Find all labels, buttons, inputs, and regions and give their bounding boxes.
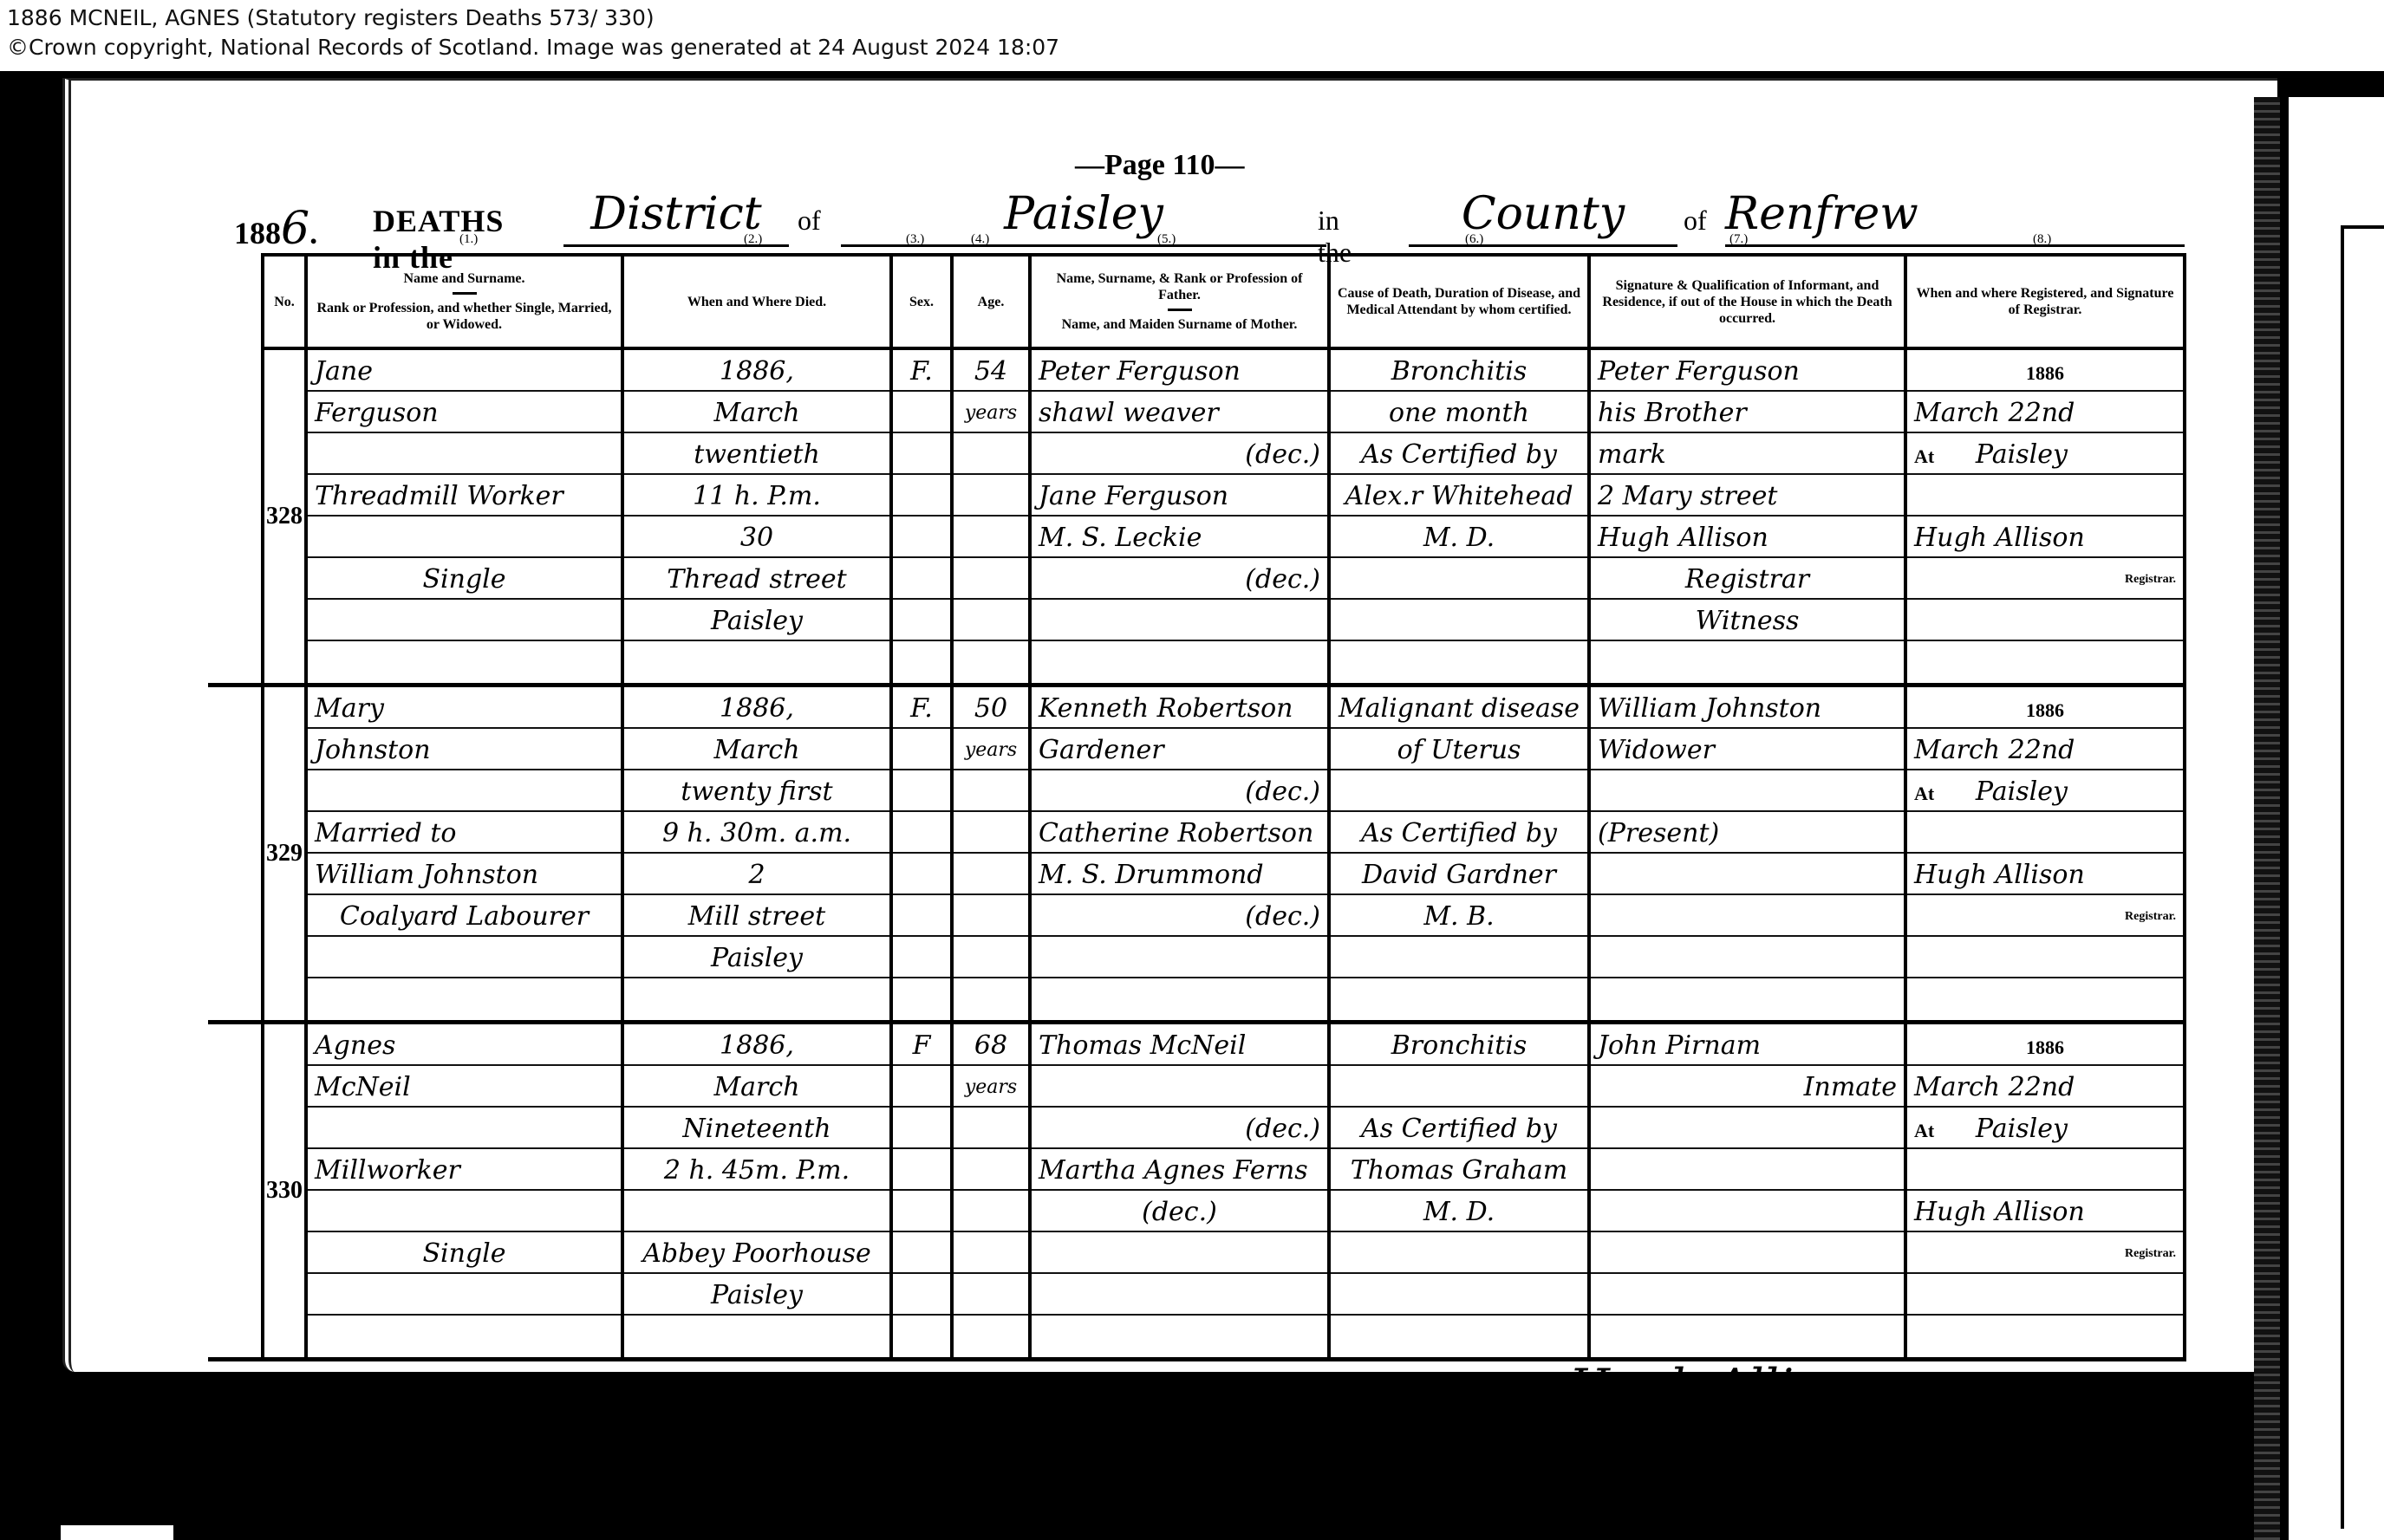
name-cell: JaneFergusonThreadmill WorkerSingle <box>306 348 622 686</box>
cell-line <box>1331 558 1587 600</box>
cell-line: Alex.r Whitehead <box>1331 475 1587 517</box>
cell-line: Inmate <box>1591 1066 1904 1108</box>
cell-line: twentieth <box>624 433 889 475</box>
cell-line <box>1032 978 1327 1020</box>
cell-line: Thread street <box>624 558 889 600</box>
cell-line: Registrar <box>1591 558 1904 600</box>
cell-line: Mary <box>308 687 621 729</box>
cell-line <box>1591 937 1904 978</box>
cell-line: Abbey Poorhouse <box>624 1232 889 1274</box>
informant-cell: Peter Fergusonhis Brothermark2 Mary stre… <box>1589 348 1905 686</box>
cell-line: As Certified by <box>1331 1108 1587 1149</box>
county-word: County <box>1409 184 1677 247</box>
col-header-registered: When and where Registered, and Signature… <box>1905 255 2185 348</box>
cell-line: John Pirnam <box>1591 1024 1904 1066</box>
registered-cell: 1886 March 22nd At Paisley Hugh Allison … <box>1905 686 2185 1023</box>
cell-line <box>308 641 621 683</box>
cell-line: M. B. <box>1331 895 1587 937</box>
cell-line: Johnston <box>308 729 621 770</box>
cell-line: Paisley <box>624 600 889 641</box>
cell-line: twenty first <box>624 770 889 812</box>
cell-line: William Johnston <box>1591 687 1904 729</box>
cell-line: Malignant disease <box>1331 687 1587 729</box>
name-cell: AgnesMcNeilMillworkerSingle <box>306 1023 622 1360</box>
registrar-page-label: Registrar. <box>1985 1390 2074 1416</box>
cell-line <box>308 433 621 475</box>
sex-cell: F. <box>891 348 952 686</box>
cell-line: (Present) <box>1591 812 1904 854</box>
cell-line: Jane <box>308 350 621 392</box>
column-number: (7.) <box>1729 232 1748 247</box>
parents-cell: Kenneth RobertsonGardener(dec.)Catherine… <box>1030 686 1329 1023</box>
age-value: 50 <box>954 687 1028 729</box>
cell-line: Married to <box>308 812 621 854</box>
cell-line: M. S. Leckie <box>1032 517 1327 558</box>
cell-line <box>1591 1149 1904 1191</box>
cell-line: March <box>624 1066 889 1108</box>
column-number: (4.) <box>971 232 989 247</box>
cell-line: As Certified by <box>1331 812 1587 854</box>
cell-line <box>624 978 889 1020</box>
cell-line <box>1591 770 1904 812</box>
cell-line: 9 h. 30m. a.m. <box>624 812 889 854</box>
col-header-parents: Name, Surname, & Rank or Profession of F… <box>1030 255 1329 348</box>
age-unit: years <box>954 392 1028 433</box>
column-number: (8.) <box>2033 232 2051 247</box>
cell-line: Kenneth Robertson <box>1032 687 1327 729</box>
cell-line: Thomas McNeil <box>1032 1024 1327 1066</box>
registered-cell: 1886 March 22nd At Paisley Hugh Allison … <box>1905 1023 2185 1360</box>
registrar-label: Registrar. <box>2125 895 2176 937</box>
cell-line: 11 h. P.m. <box>624 475 889 517</box>
cell-line: Millworker <box>308 1149 621 1191</box>
cell-line <box>1591 854 1904 895</box>
cell-line <box>1032 641 1327 683</box>
entry-number: 328 <box>263 348 306 686</box>
cell-line <box>624 1191 889 1232</box>
entry-number: 330 <box>263 1023 306 1360</box>
sex-value: F. <box>893 687 950 729</box>
registered-place: Paisley <box>1976 439 2068 470</box>
register-entry: 328 JaneFergusonThreadmill WorkerSingle … <box>208 348 2185 686</box>
cell-line <box>1331 600 1587 641</box>
col-header-cause: Cause of Death, Duration of Disease, and… <box>1329 255 1589 348</box>
cell-line: (dec.) <box>1032 895 1327 937</box>
registrar-label: Registrar. <box>2125 1232 2176 1274</box>
when-where-cell: 1886,MarchNineteenth2 h. 45m. P.m.Abbey … <box>622 1023 891 1360</box>
cell-line: 1886, <box>624 687 889 729</box>
cell-line <box>308 1316 621 1357</box>
cell-line: (dec.) <box>1032 770 1327 812</box>
cell-line: Bronchitis <box>1331 1024 1587 1066</box>
parents-cell: Thomas McNeil(dec.)Martha Agnes Ferns(de… <box>1030 1023 1329 1360</box>
registered-year: 1886 <box>2026 699 2064 721</box>
age-cell: 54years <box>952 348 1030 686</box>
when-where-cell: 1886,Marchtwenty first9 h. 30m. a.m.2Mil… <box>622 686 891 1023</box>
col-header-name: Name and Surname.Rank or Profession, and… <box>306 255 622 348</box>
cell-line: 2 Mary street <box>1591 475 1904 517</box>
cell-line <box>1331 1316 1587 1357</box>
registered-date: March 22nd <box>1907 392 2183 433</box>
col-header-when-where: When and Where Died. <box>622 255 891 348</box>
cell-line: (dec.) <box>1032 1108 1327 1149</box>
registered-date: March 22nd <box>1907 1066 2183 1108</box>
register-year: 1886. <box>234 203 317 255</box>
cause-cell: BronchitisAs Certified byThomas GrahamM.… <box>1329 1023 1589 1360</box>
cell-line: his Brother <box>1591 392 1904 433</box>
copyright-caption: ©Crown copyright, National Records of Sc… <box>7 35 1059 60</box>
cell-line <box>308 600 621 641</box>
cell-line <box>1032 937 1327 978</box>
cell-line: M. D. <box>1331 1191 1587 1232</box>
col-header-sex: Sex. <box>891 255 952 348</box>
cell-line <box>1591 1191 1904 1232</box>
cell-line: Single <box>308 558 621 600</box>
cell-line <box>624 1316 889 1357</box>
cell-line: (dec.) <box>1032 1191 1327 1232</box>
cell-line: (dec.) <box>1032 433 1327 475</box>
age-unit: years <box>954 729 1028 770</box>
at-label: At <box>1914 783 1934 804</box>
age-cell: 50years <box>952 686 1030 1023</box>
cell-line <box>308 770 621 812</box>
register-entry: 329 MaryJohnstonMarried toWilliam Johnst… <box>208 686 2185 1023</box>
registrar-signature: Hugh Allison <box>1907 854 2183 895</box>
cell-line: Bronchitis <box>1331 350 1587 392</box>
cell-line <box>308 1191 621 1232</box>
cell-line: M. D. <box>1331 517 1587 558</box>
cell-line: 2 h. 45m. P.m. <box>624 1149 889 1191</box>
cell-line <box>308 1274 621 1316</box>
cell-line <box>1591 1108 1904 1149</box>
informant-cell: John PirnamInmate <box>1589 1023 1905 1360</box>
name-cell: MaryJohnstonMarried toWilliam JohnstonCo… <box>306 686 622 1023</box>
cell-line: Paisley <box>624 1274 889 1316</box>
cell-line: Threadmill Worker <box>308 475 621 517</box>
cell-line <box>1331 937 1587 978</box>
registered-cell: 1886 March 22nd At Paisley Hugh Allison … <box>1905 348 2185 686</box>
cell-line <box>1331 641 1587 683</box>
cause-cell: Malignant diseaseof UterusAs Certified b… <box>1329 686 1589 1023</box>
cell-line <box>624 641 889 683</box>
column-number: (1.) <box>459 232 478 247</box>
cell-line <box>1331 1232 1587 1274</box>
cell-line <box>308 937 621 978</box>
registered-year: 1886 <box>2026 362 2064 384</box>
cell-line: Peter Ferguson <box>1591 350 1904 392</box>
cell-line: McNeil <box>308 1066 621 1108</box>
facing-page-table-edge <box>2341 225 2384 1529</box>
cell-line: David Gardner <box>1331 854 1587 895</box>
cell-line: Paisley <box>624 937 889 978</box>
column-number: (5.) <box>1157 232 1176 247</box>
cell-line: shawl weaver <box>1032 392 1327 433</box>
cell-line: Martha Agnes Ferns <box>1032 1149 1327 1191</box>
cell-line <box>1591 641 1904 683</box>
cell-line: Widower <box>1591 729 1904 770</box>
cell-line: (dec.) <box>1032 558 1327 600</box>
registered-place: Paisley <box>1976 1114 2068 1144</box>
cell-line: M. S. Drummond <box>1032 854 1327 895</box>
register-entry: 330 AgnesMcNeilMillworkerSingle 1886,Mar… <box>208 1023 2185 1360</box>
registered-year: 1886 <box>2026 1036 2064 1058</box>
age-value: 68 <box>954 1024 1028 1066</box>
sex-value: F. <box>893 350 950 392</box>
cell-line <box>1331 978 1587 1020</box>
sex-cell: F. <box>891 686 952 1023</box>
image-title-caption: 1886 MCNEIL, AGNES (Statutory registers … <box>7 5 655 30</box>
cell-line: Witness <box>1591 600 1904 641</box>
cell-line: Hugh Allison <box>1591 517 1904 558</box>
cell-line: mark <box>1591 433 1904 475</box>
cell-line <box>308 978 621 1020</box>
cell-line: Coalyard Labourer <box>308 895 621 937</box>
cell-line: Nineteenth <box>624 1108 889 1149</box>
column-number: (2.) <box>744 232 762 247</box>
col-header-informant: Signature & Qualification of Informant, … <box>1589 255 1905 348</box>
cell-line <box>1591 1316 1904 1357</box>
cell-line: 1886, <box>624 350 889 392</box>
cell-line: Peter Ferguson <box>1032 350 1327 392</box>
cause-cell: Bronchitisone monthAs Certified byAlex.r… <box>1329 348 1589 686</box>
entry-number: 329 <box>263 686 306 1023</box>
age-value: 54 <box>954 350 1028 392</box>
of-label: of <box>798 205 821 237</box>
parents-cell: Peter Fergusonshawl weaver(dec.)Jane Fer… <box>1030 348 1329 686</box>
cell-line: As Certified by <box>1331 433 1587 475</box>
col-header-age: Age. <box>952 255 1030 348</box>
scan-artifact <box>61 1525 173 1540</box>
cell-line: Catherine Robertson <box>1032 812 1327 854</box>
sex-value: F <box>893 1024 950 1066</box>
cell-line <box>1591 978 1904 1020</box>
age-unit: years <box>954 1066 1028 1108</box>
registrar-page-signature: Hugh Allison <box>1569 1359 1876 1413</box>
cell-line: 2 <box>624 854 889 895</box>
cell-line <box>308 517 621 558</box>
cell-line: Ferguson <box>308 392 621 433</box>
book-gutter <box>2254 97 2280 1540</box>
cell-line <box>1591 1232 1904 1274</box>
at-label: At <box>1914 445 1934 467</box>
cell-line: Jane Ferguson <box>1032 475 1327 517</box>
registrar-signature: Hugh Allison <box>1907 517 2183 558</box>
cell-line <box>1032 1274 1327 1316</box>
column-number: (6.) <box>1465 232 1483 247</box>
registrar-signature: Hugh Allison <box>1907 1191 2183 1232</box>
informant-cell: William JohnstonWidower(Present) <box>1589 686 1905 1023</box>
cell-line: March <box>624 729 889 770</box>
cell-line <box>1331 1066 1587 1108</box>
age-cell: 68years <box>952 1023 1030 1360</box>
cell-line: 30 <box>624 517 889 558</box>
cell-line: Agnes <box>308 1024 621 1066</box>
cell-line: March <box>624 392 889 433</box>
cell-line: William Johnston <box>308 854 621 895</box>
sex-cell: F <box>891 1023 952 1360</box>
cell-line <box>1032 1316 1327 1357</box>
cell-line: Single <box>308 1232 621 1274</box>
county-name: Renfrew <box>1725 184 2185 247</box>
column-number: (3.) <box>906 232 924 247</box>
of-label-2: of <box>1684 205 1707 237</box>
cell-line <box>308 1108 621 1149</box>
registrar-label: Registrar. <box>2125 558 2176 600</box>
cell-line: one month <box>1331 392 1587 433</box>
cell-line: Thomas Graham <box>1331 1149 1587 1191</box>
page-number: —Page 110— <box>1075 149 1244 182</box>
cell-line: 1886, <box>624 1024 889 1066</box>
cell-line <box>1591 895 1904 937</box>
cell-line <box>1032 1066 1327 1108</box>
table-header-row: No. Name and Surname.Rank or Profession,… <box>208 255 2185 348</box>
cell-line <box>1032 600 1327 641</box>
at-label: At <box>1914 1120 1934 1141</box>
cell-line: Gardener <box>1032 729 1327 770</box>
cell-line <box>1331 770 1587 812</box>
page-mark: D <box>1170 1374 1184 1397</box>
when-where-cell: 1886,Marchtwentieth11 h. P.m.30Thread st… <box>622 348 891 686</box>
cell-line: Mill street <box>624 895 889 937</box>
deaths-register-table: No. Name and Surname.Rank or Profession,… <box>208 253 2186 1361</box>
cell-line: of Uterus <box>1331 729 1587 770</box>
col-header-no: No. <box>263 255 306 348</box>
cell-line <box>1591 1274 1904 1316</box>
registered-date: March 22nd <box>1907 729 2183 770</box>
cell-line <box>1032 1232 1327 1274</box>
cell-line <box>1331 1274 1587 1316</box>
registered-place: Paisley <box>1976 776 2068 807</box>
